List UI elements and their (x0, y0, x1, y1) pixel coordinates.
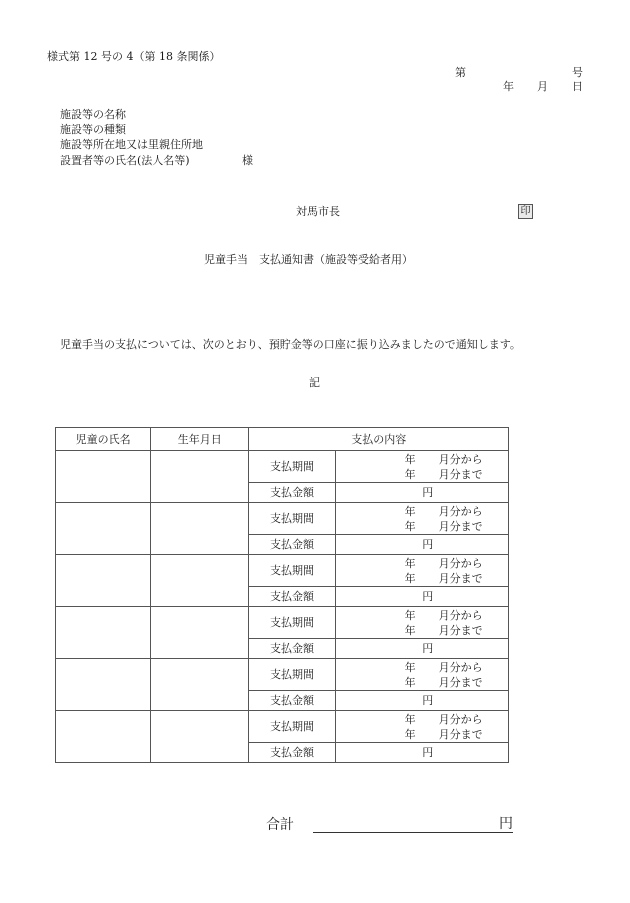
period-value-cell[interactable]: 年月分から年月分まで (335, 555, 508, 587)
period-to-month: 月分まで (439, 572, 483, 585)
period-to-month: 月分まで (439, 624, 483, 637)
period-from: 年月分から (336, 556, 508, 571)
period-from-month: 月分から (439, 713, 483, 726)
table-row: 支払期間年月分から年月分まで (56, 607, 509, 639)
period-to: 年月分まで (336, 727, 508, 742)
period-value-cell[interactable]: 年月分から年月分まで (335, 659, 508, 691)
period-from: 年月分から (336, 452, 508, 467)
period-value-cell[interactable]: 年月分から年月分まで (335, 607, 508, 639)
period-label: 支払期間 (249, 555, 335, 587)
period-from-year: 年 (405, 660, 439, 675)
period-to: 年月分まで (336, 623, 508, 638)
amount-unit: 円 (422, 641, 433, 656)
child-name-cell[interactable] (56, 711, 151, 763)
period-from-year: 年 (405, 556, 439, 571)
ki-heading: 記 (309, 376, 320, 390)
header-birth-date: 生年月日 (151, 428, 249, 451)
period-from-year: 年 (405, 504, 439, 519)
child-name-cell[interactable] (56, 607, 151, 659)
seal-icon: 印 (518, 204, 533, 219)
recipient-facility-address: 施設等所在地又は里親住所地 (60, 138, 203, 152)
recipient-founder-name: 設置者等の氏名(法人名等) (60, 154, 190, 168)
amount-label: 支払金額 (249, 639, 335, 659)
total-unit: 円 (499, 817, 513, 831)
amount-unit: 円 (422, 745, 433, 760)
amount-value-cell[interactable]: 円 (335, 587, 508, 607)
amount-value-cell[interactable]: 円 (335, 743, 508, 763)
period-to-year: 年 (405, 467, 439, 482)
date-month-label: 月 (537, 80, 548, 94)
child-name-cell[interactable] (56, 659, 151, 711)
document-title: 児童手当 支払通知書（施設等受給者用） (204, 253, 413, 267)
child-name-cell[interactable] (56, 503, 151, 555)
amount-unit: 円 (422, 485, 433, 500)
amount-label: 支払金額 (249, 535, 335, 555)
period-to-month: 月分まで (439, 520, 483, 533)
period-to-year: 年 (405, 675, 439, 690)
birth-date-cell[interactable] (151, 607, 249, 659)
period-to: 年月分まで (336, 467, 508, 482)
period-to-year: 年 (405, 623, 439, 638)
amount-value-cell[interactable]: 円 (335, 483, 508, 503)
period-to-year: 年 (405, 727, 439, 742)
date-year-label: 年 (503, 80, 514, 94)
table-row: 支払期間年月分から年月分まで (56, 451, 509, 483)
table-header-row: 児童の氏名 生年月日 支払の内容 (56, 428, 509, 451)
period-to: 年月分まで (336, 675, 508, 690)
period-to-month: 月分まで (439, 676, 483, 689)
amount-value-cell[interactable]: 円 (335, 691, 508, 711)
birth-date-cell[interactable] (151, 503, 249, 555)
period-to-year: 年 (405, 571, 439, 586)
birth-date-cell[interactable] (151, 555, 249, 607)
header-child-name: 児童の氏名 (56, 428, 151, 451)
amount-label: 支払金額 (249, 743, 335, 763)
amount-label: 支払金額 (249, 691, 335, 711)
table-row: 支払期間年月分から年月分まで (56, 555, 509, 587)
period-from-month: 月分から (439, 609, 483, 622)
total-label: 合計 (266, 818, 294, 832)
period-from-month: 月分から (439, 661, 483, 674)
period-to-month: 月分まで (439, 728, 483, 741)
form-number: 様式第 12 号の 4（第 18 条関係） (47, 50, 220, 64)
amount-unit: 円 (422, 537, 433, 552)
period-from: 年月分から (336, 608, 508, 623)
birth-date-cell[interactable] (151, 711, 249, 763)
period-label: 支払期間 (249, 607, 335, 639)
amount-label: 支払金額 (249, 483, 335, 503)
period-from: 年月分から (336, 504, 508, 519)
doc-number-suffix: 号 (572, 66, 583, 80)
period-to-month: 月分まで (439, 468, 483, 481)
birth-date-cell[interactable] (151, 451, 249, 503)
recipient-honorific: 様 (242, 154, 253, 168)
period-from-month: 月分から (439, 557, 483, 570)
period-label: 支払期間 (249, 659, 335, 691)
payment-table: 児童の氏名 生年月日 支払の内容 支払期間年月分から年月分まで支払金額円支払期間… (55, 427, 509, 763)
doc-number-prefix: 第 (455, 66, 466, 80)
period-from: 年月分から (336, 712, 508, 727)
period-from-month: 月分から (439, 505, 483, 518)
table-row: 支払期間年月分から年月分まで (56, 659, 509, 691)
period-value-cell[interactable]: 年月分から年月分まで (335, 711, 508, 743)
amount-value-cell[interactable]: 円 (335, 639, 508, 659)
table-row: 支払期間年月分から年月分まで (56, 503, 509, 535)
table-row: 支払期間年月分から年月分まで (56, 711, 509, 743)
body-text: 児童手当の支払については、次のとおり、預貯金等の口座に振り込みましたので通知しま… (60, 338, 521, 352)
header-payment-content: 支払の内容 (249, 428, 509, 451)
period-from-month: 月分から (439, 453, 483, 466)
child-name-cell[interactable] (56, 451, 151, 503)
amount-unit: 円 (422, 693, 433, 708)
period-label: 支払期間 (249, 451, 335, 483)
child-name-cell[interactable] (56, 555, 151, 607)
period-to: 年月分まで (336, 519, 508, 534)
date-day-label: 日 (572, 80, 583, 94)
period-label: 支払期間 (249, 711, 335, 743)
period-from: 年月分から (336, 660, 508, 675)
total-amount-field[interactable] (313, 817, 513, 833)
period-to-year: 年 (405, 519, 439, 534)
recipient-facility-type: 施設等の種類 (60, 123, 126, 137)
birth-date-cell[interactable] (151, 659, 249, 711)
period-value-cell[interactable]: 年月分から年月分まで (335, 451, 508, 483)
period-to: 年月分まで (336, 571, 508, 586)
period-from-year: 年 (405, 608, 439, 623)
period-from-year: 年 (405, 712, 439, 727)
period-value-cell[interactable]: 年月分から年月分まで (335, 503, 508, 535)
period-label: 支払期間 (249, 503, 335, 535)
amount-value-cell[interactable]: 円 (335, 535, 508, 555)
issuer-name: 対馬市長 (296, 205, 340, 219)
recipient-facility-name: 施設等の名称 (60, 108, 126, 122)
amount-unit: 円 (422, 589, 433, 604)
amount-label: 支払金額 (249, 587, 335, 607)
period-from-year: 年 (405, 452, 439, 467)
